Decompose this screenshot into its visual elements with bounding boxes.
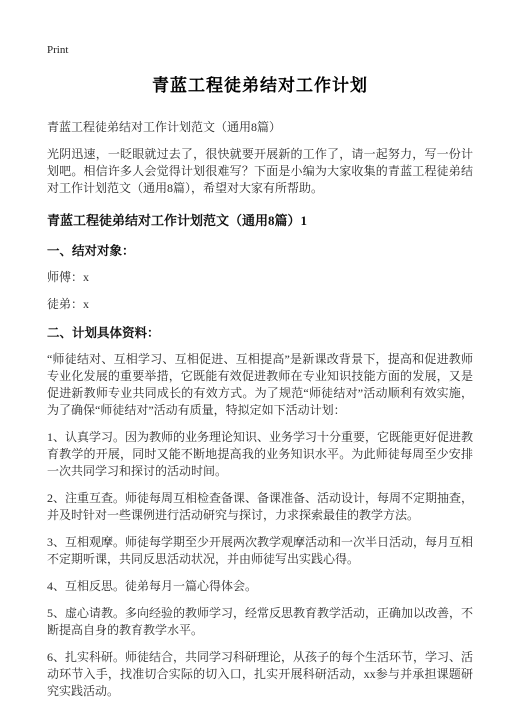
- plan-item-4: 4、互相反思。徒弟每月一篇心得体会。: [47, 578, 473, 595]
- plan-item-2: 2、注重互查。师徒每周互相检查备课、备课准备、活动设计，每周不定期抽查，并及时针…: [47, 490, 473, 524]
- print-button[interactable]: Print: [47, 44, 68, 56]
- document-subtitle: 青蓝工程徒弟结对工作计划范文（通用8篇）: [47, 118, 473, 135]
- apprentice-line: 徒弟：x: [47, 296, 473, 313]
- plan-details-heading: 二、计划具体资料：: [47, 323, 473, 341]
- section-1-heading: 青蓝工程徒弟结对工作计划范文（通用8篇）1: [47, 210, 473, 229]
- master-line: 师傅：x: [47, 269, 473, 286]
- plan-overview-paragraph: “师徒结对、互相学习、互相促进、互相提高”是新课改背景下，提高和促进教师专业化发…: [47, 351, 473, 419]
- plan-item-1: 1、认真学习。因为教师的业务理论知识、业务学习十分重要，它既能更好促进教育教学的…: [47, 429, 473, 480]
- plan-item-3: 3、互相观摩。师徒每学期至少开展两次教学观摩活动和一次半日活动，每月互相不定期听…: [47, 534, 473, 568]
- plan-item-5: 5、虚心请教。多向经验的教师学习，经常反思教育教学活动，正确加以改善，不断提高自…: [47, 605, 473, 639]
- pairing-targets-heading: 一、结对对象：: [47, 241, 473, 259]
- plan-item-6: 6、扎实科研。师徒结合，共同学习科研理论，从孩子的每个生活环节，学习、活动环节入…: [47, 649, 473, 700]
- intro-paragraph: 光阴迅速，一眨眼就过去了，很快就要开展新的工作了，请一起努力，写一份计划吧。相信…: [47, 146, 473, 197]
- document-page: Print 青蓝工程徒弟结对工作计划 青蓝工程徒弟结对工作计划范文（通用8篇） …: [0, 0, 520, 718]
- document-title: 青蓝工程徒弟结对工作计划: [47, 71, 473, 96]
